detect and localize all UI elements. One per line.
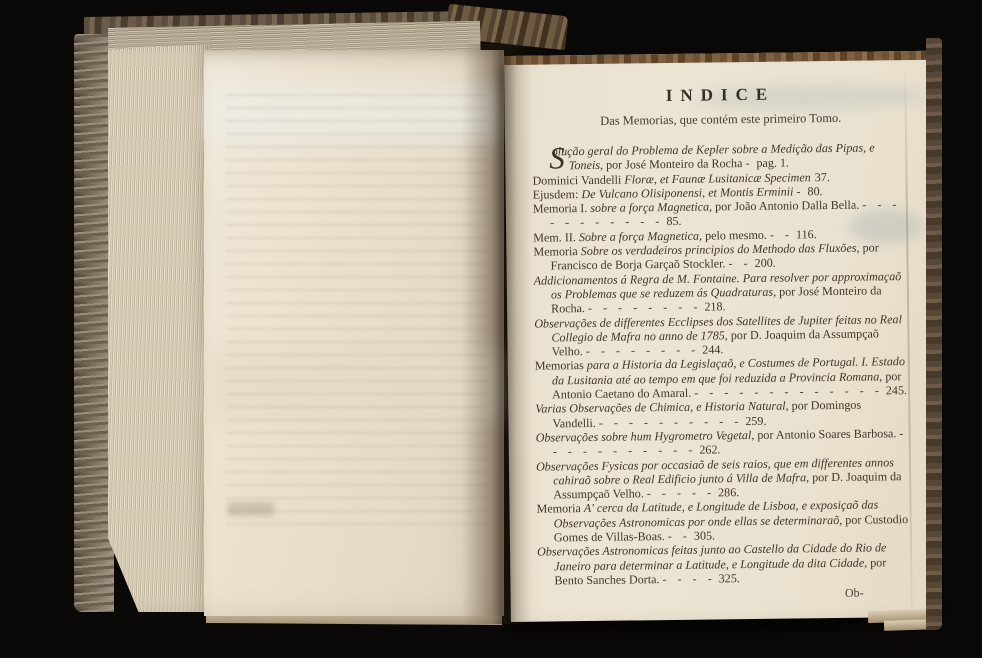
index-entry: Observações de differentes Ecclipses dos… [534, 312, 912, 360]
entry-segment: - [793, 184, 803, 198]
right-page: INDICE Das Memorias, que contém este pri… [504, 51, 941, 622]
entry-segment: , por Antonio Soares Barbosa. [751, 426, 896, 442]
entry-segment: Memoria [533, 244, 581, 259]
entry-segment: - - - - [659, 571, 714, 586]
index-title: INDICE [531, 83, 909, 108]
entry-segment: 116. [792, 227, 817, 241]
bleed-through-folio [228, 502, 274, 516]
entry-segment: 218. [700, 300, 725, 314]
entry-segment: 259. [741, 413, 766, 427]
entry-segment: - - [725, 256, 750, 270]
entry-segment: Mem. II. [533, 230, 579, 245]
entry-segment: sobre a força Magnetica [590, 200, 709, 215]
entry-segment: - - - - - - - - [583, 343, 699, 358]
entry-segment: Ejusdem: [533, 187, 582, 202]
entry-segment: A' cerca da Latitude, e Longitude de Lis… [554, 498, 879, 530]
index-entry: Memoria I. sobre a força Magnetica, por … [533, 197, 911, 230]
entry-segment: , por João Antonio Dalla Bella. [709, 198, 859, 214]
index-entry: Varias Observações de Chimica, e Histori… [535, 397, 913, 430]
index-entry: Solução geral do Problema de Kepler sobr… [532, 140, 910, 173]
entry-segment: 37. [811, 170, 830, 184]
entry-segment: 286. [714, 485, 739, 499]
entry-segment: , por José Monteiro da Rocha [600, 156, 743, 172]
page-stack-fore-edge [108, 44, 210, 612]
entry-segment: Memorias [535, 358, 587, 373]
entry-segment: 85. [662, 214, 681, 228]
entry-segment: pag. 1. [752, 156, 789, 170]
book-scan: INDICE Das Memorias, que contém este pri… [0, 0, 982, 658]
catchword: Ob- [538, 585, 916, 605]
index-entry: Memoria Sobre os verdadeiros principios … [533, 240, 911, 273]
entry-segment: 262. [695, 443, 720, 457]
entry-segment: para a Historia da Legislaçaõ, e Costume… [552, 355, 905, 388]
entry-segment: - - - - - - - - - - [596, 414, 742, 430]
index-entry: Memoria A' cerca da Latitude, e Longitud… [536, 497, 914, 545]
entry-segment: 80. [803, 184, 822, 198]
entry-segment: - - [665, 529, 690, 543]
entry-segment: 244. [698, 342, 723, 356]
index-entry: Observações Astronomicas feitas junto ao… [537, 540, 915, 588]
entry-segment: 200. [751, 256, 776, 270]
index-entry: Observações sobre hum Hygrometro Vegetal… [536, 426, 914, 459]
entry-segment: Sobre a força Magnetica [579, 228, 699, 243]
bleed-through-text [226, 94, 488, 526]
entry-segment: Observações Astronomicas feitas junto ao… [537, 541, 887, 573]
index-entry: Observações Fysicas por occasiaõ de seis… [536, 455, 914, 503]
entry-segment: Sobre os verdadeiros principios do Metho… [581, 241, 857, 258]
entry-segment: Memoria [536, 501, 584, 516]
back-cover-edge [926, 38, 942, 630]
entry-segment: - - - - - - - - [585, 300, 701, 315]
right-page-top-edge [504, 51, 934, 65]
entry-segment: Dominici Vandelli [532, 172, 624, 187]
entry-segment: 245. [882, 383, 907, 397]
entry-segment: Memoria I. [533, 201, 591, 216]
index-entry: Memorias para a Historia da Legislaçaõ, … [535, 354, 913, 402]
index-entry: Addicionamentos á Regra de M. Fontaine. … [534, 269, 912, 317]
entry-segment: 325. [715, 571, 740, 585]
left-page [204, 50, 504, 616]
index-subtitle: Das Memorias, que contém este primeiro T… [532, 110, 910, 130]
entry-segment: - [742, 156, 752, 170]
entry-segment: - - - - - [644, 486, 714, 501]
entry-segment: - - [767, 227, 792, 241]
entry-segment: , pelo mesmo. [699, 228, 767, 243]
index-entries: Solução geral do Problema de Kepler sobr… [532, 140, 915, 588]
index-page-content: INDICE Das Memorias, que contém este pri… [531, 83, 915, 605]
entry-segment: 305. [690, 528, 715, 542]
